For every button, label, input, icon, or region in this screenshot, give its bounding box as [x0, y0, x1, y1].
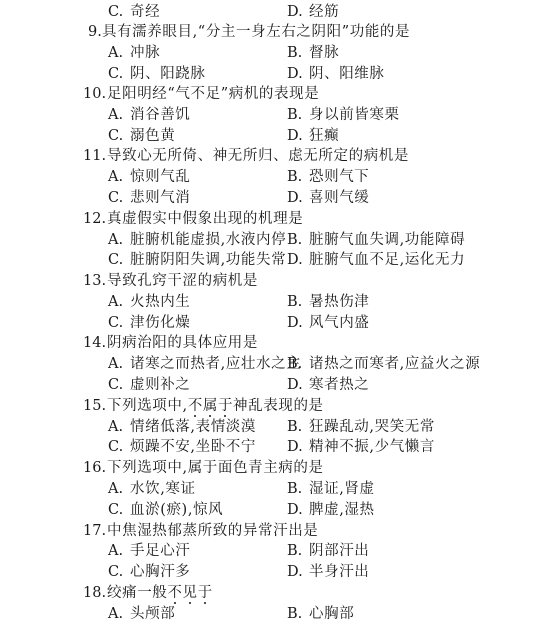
option-a: A.脏腑机能虚损,水液内停: [108, 230, 286, 251]
question-text: 中焦湿热郁蒸所致的异常汗出是: [107, 521, 318, 542]
option-a: A.诸寒之而热者,应壮水之主: [108, 354, 301, 375]
option-row: C.烦躁不安,坐卧不宁 D.精神不振,少气懒言: [0, 437, 550, 458]
option-d: D.脾虚,湿热: [287, 500, 375, 521]
emphasis-char: 属: [203, 398, 218, 414]
option-c: C.烦躁不安,坐卧不宁: [108, 437, 256, 458]
option-row: A.冲脉 B.督脉: [0, 43, 550, 64]
option-c: C.悲则气消: [108, 188, 190, 209]
question-text: 导致孔窍干涩的病机是: [107, 271, 258, 292]
option-b: B.心胸部: [287, 604, 354, 625]
question-16: 16. 下列选项中,属于面色青主病的是: [0, 458, 550, 479]
option-row: A.头颅部 B.心胸部: [0, 604, 550, 625]
option-row: A.消谷善饥 B.身以前皆寒栗: [0, 105, 550, 126]
option-b: B.暑热伤津: [287, 292, 369, 313]
option-b: B.阴部汗出: [287, 541, 369, 562]
option-row: C.阴、阳跷脉 D.阴、阳维脉: [0, 64, 550, 85]
option-d: D.寒者热之: [287, 375, 369, 396]
option-row: C.血淤(瘀),惊风 D.脾虚,湿热: [0, 500, 550, 521]
option-row: C.奇经 D.经筋: [0, 2, 550, 23]
option-d: D.半身汗出: [287, 562, 369, 583]
option-row: A.惊则气乱 B.恐则气下: [0, 167, 550, 188]
option-row: C.脏腑阴阳失调,功能失常 D.脏腑气血不足,运化无力: [0, 250, 550, 271]
option-c: C.脏腑阴阳失调,功能失常: [108, 250, 286, 271]
question-number: 11.: [83, 146, 106, 167]
option-a: A.水饮,寒证: [108, 479, 196, 500]
question-9: 9. 具有濡养眼目,“分主一身左右之阴阳”功能的是: [0, 22, 550, 43]
question-15: 15. 下列选项中,不属于神乱表现的是: [0, 396, 550, 417]
option-b: B.狂躁乱动,哭笑无常: [287, 417, 435, 438]
question-number: 10.: [83, 84, 106, 105]
option-row: A.手足心汗 B.阴部汗出: [0, 541, 550, 562]
option-a: A.火热内生: [108, 292, 190, 313]
emphasis-text: 不见于: [167, 585, 212, 601]
question-number: 18.: [83, 583, 106, 604]
question-number: 12.: [83, 209, 106, 230]
question-text: 阴病治阳的具体应用是: [107, 333, 258, 354]
option-c: C.津伤化燥: [108, 313, 190, 334]
option-a: A.头颅部: [108, 604, 175, 625]
option-a: A.冲脉: [108, 43, 160, 64]
option-a: A.手足心汗: [108, 541, 190, 562]
option-row: A.火热内生 B.暑热伤津: [0, 292, 550, 313]
option-row: C.心胸汗多 D.半身汗出: [0, 562, 550, 583]
option-c: C.阴、阳跷脉: [108, 64, 206, 85]
option-row: C.津伤化燥 D.风气内盛: [0, 313, 550, 334]
option-d: D.经筋: [287, 2, 339, 23]
question-text: 真虚假实中假象出现的机理是: [107, 209, 303, 230]
emphasis-char: 不: [167, 585, 182, 601]
option-b: B.督脉: [287, 43, 339, 64]
option-c: C.血淤(瘀),惊风: [108, 500, 223, 521]
question-text: 足阳明经“气不足”病机的表现是: [107, 84, 319, 105]
option-row: A.水饮,寒证 B.湿证,肾虚: [0, 479, 550, 500]
option-d: D.风气内盛: [287, 313, 369, 334]
option-b: B.湿证,肾虚: [287, 479, 375, 500]
emphasis-text: 不属于: [188, 398, 233, 414]
question-14: 14. 阴病治阳的具体应用是: [0, 333, 550, 354]
option-c: C.奇经: [108, 2, 160, 23]
option-c: C.溺色黄: [108, 126, 175, 147]
option-d: D.精神不振,少气懒言: [287, 437, 435, 458]
emphasis-char: 于: [198, 585, 213, 601]
option-a: A.情绪低落,表情淡漠: [108, 417, 256, 438]
option-a: A.惊则气乱: [108, 167, 190, 188]
option-row: A.诸寒之而热者,应壮水之主 B.诸热之而寒者,应益火之源: [0, 354, 550, 375]
option-d: D.脏腑气血不足,运化无力: [287, 250, 465, 271]
emphasis-char: 于: [218, 398, 233, 414]
option-b: B.恐则气下: [287, 167, 369, 188]
option-b: B.脏腑气血失调,功能障碍: [287, 230, 465, 251]
emphasis-char: 见: [183, 585, 198, 601]
option-c: C.心胸汗多: [108, 562, 190, 583]
emphasis-char: 不: [188, 398, 203, 414]
question-number: 17.: [83, 521, 106, 542]
question-number: 13.: [83, 271, 106, 292]
option-d: D.阴、阳维脉: [287, 64, 385, 85]
option-row: A.脏腑机能虚损,水液内停 B.脏腑气血失调,功能障碍: [0, 230, 550, 251]
question-number: 15.: [83, 396, 106, 417]
option-b: B.身以前皆寒栗: [287, 105, 400, 126]
question-number: 16.: [83, 458, 106, 479]
option-a: A.消谷善饥: [108, 105, 190, 126]
question-11: 11. 导致心无所倚、神无所归、虑无所定的病机是: [0, 146, 550, 167]
question-text: 下列选项中,不属于神乱表现的是: [107, 396, 324, 417]
question-18: 18. 绞痛一般不见于: [0, 583, 550, 604]
question-10: 10. 足阳明经“气不足”病机的表现是: [0, 84, 550, 105]
question-text: 下列选项中,属于面色青主病的是: [107, 458, 324, 479]
question-text: 导致心无所倚、神无所归、虑无所定的病机是: [107, 146, 409, 167]
option-row: C.虚则补之 D.寒者热之: [0, 375, 550, 396]
option-b: B.诸热之而寒者,应益火之源: [287, 354, 480, 375]
option-row: C.溺色黄 D.狂癫: [0, 126, 550, 147]
option-row: A.情绪低落,表情淡漠 B.狂躁乱动,哭笑无常: [0, 417, 550, 438]
question-number: 14.: [83, 333, 106, 354]
option-d: D.狂癫: [287, 126, 339, 147]
question-13: 13. 导致孔窍干涩的病机是: [0, 271, 550, 292]
question-12: 12. 真虚假实中假象出现的机理是: [0, 209, 550, 230]
option-c: C.虚则补之: [108, 375, 190, 396]
option-row: C.悲则气消 D.喜则气缓: [0, 188, 550, 209]
question-17: 17. 中焦湿热郁蒸所致的异常汗出是: [0, 521, 550, 542]
question-text: 绞痛一般不见于: [107, 583, 213, 604]
exam-page: C.奇经 D.经筋 9. 具有濡养眼目,“分主一身左右之阴阳”功能的是 A.冲脉…: [0, 0, 550, 628]
option-d: D.喜则气缓: [287, 188, 369, 209]
question-text: 具有濡养眼目,“分主一身左右之阴阳”功能的是: [102, 22, 410, 43]
question-number: 9.: [88, 22, 102, 43]
